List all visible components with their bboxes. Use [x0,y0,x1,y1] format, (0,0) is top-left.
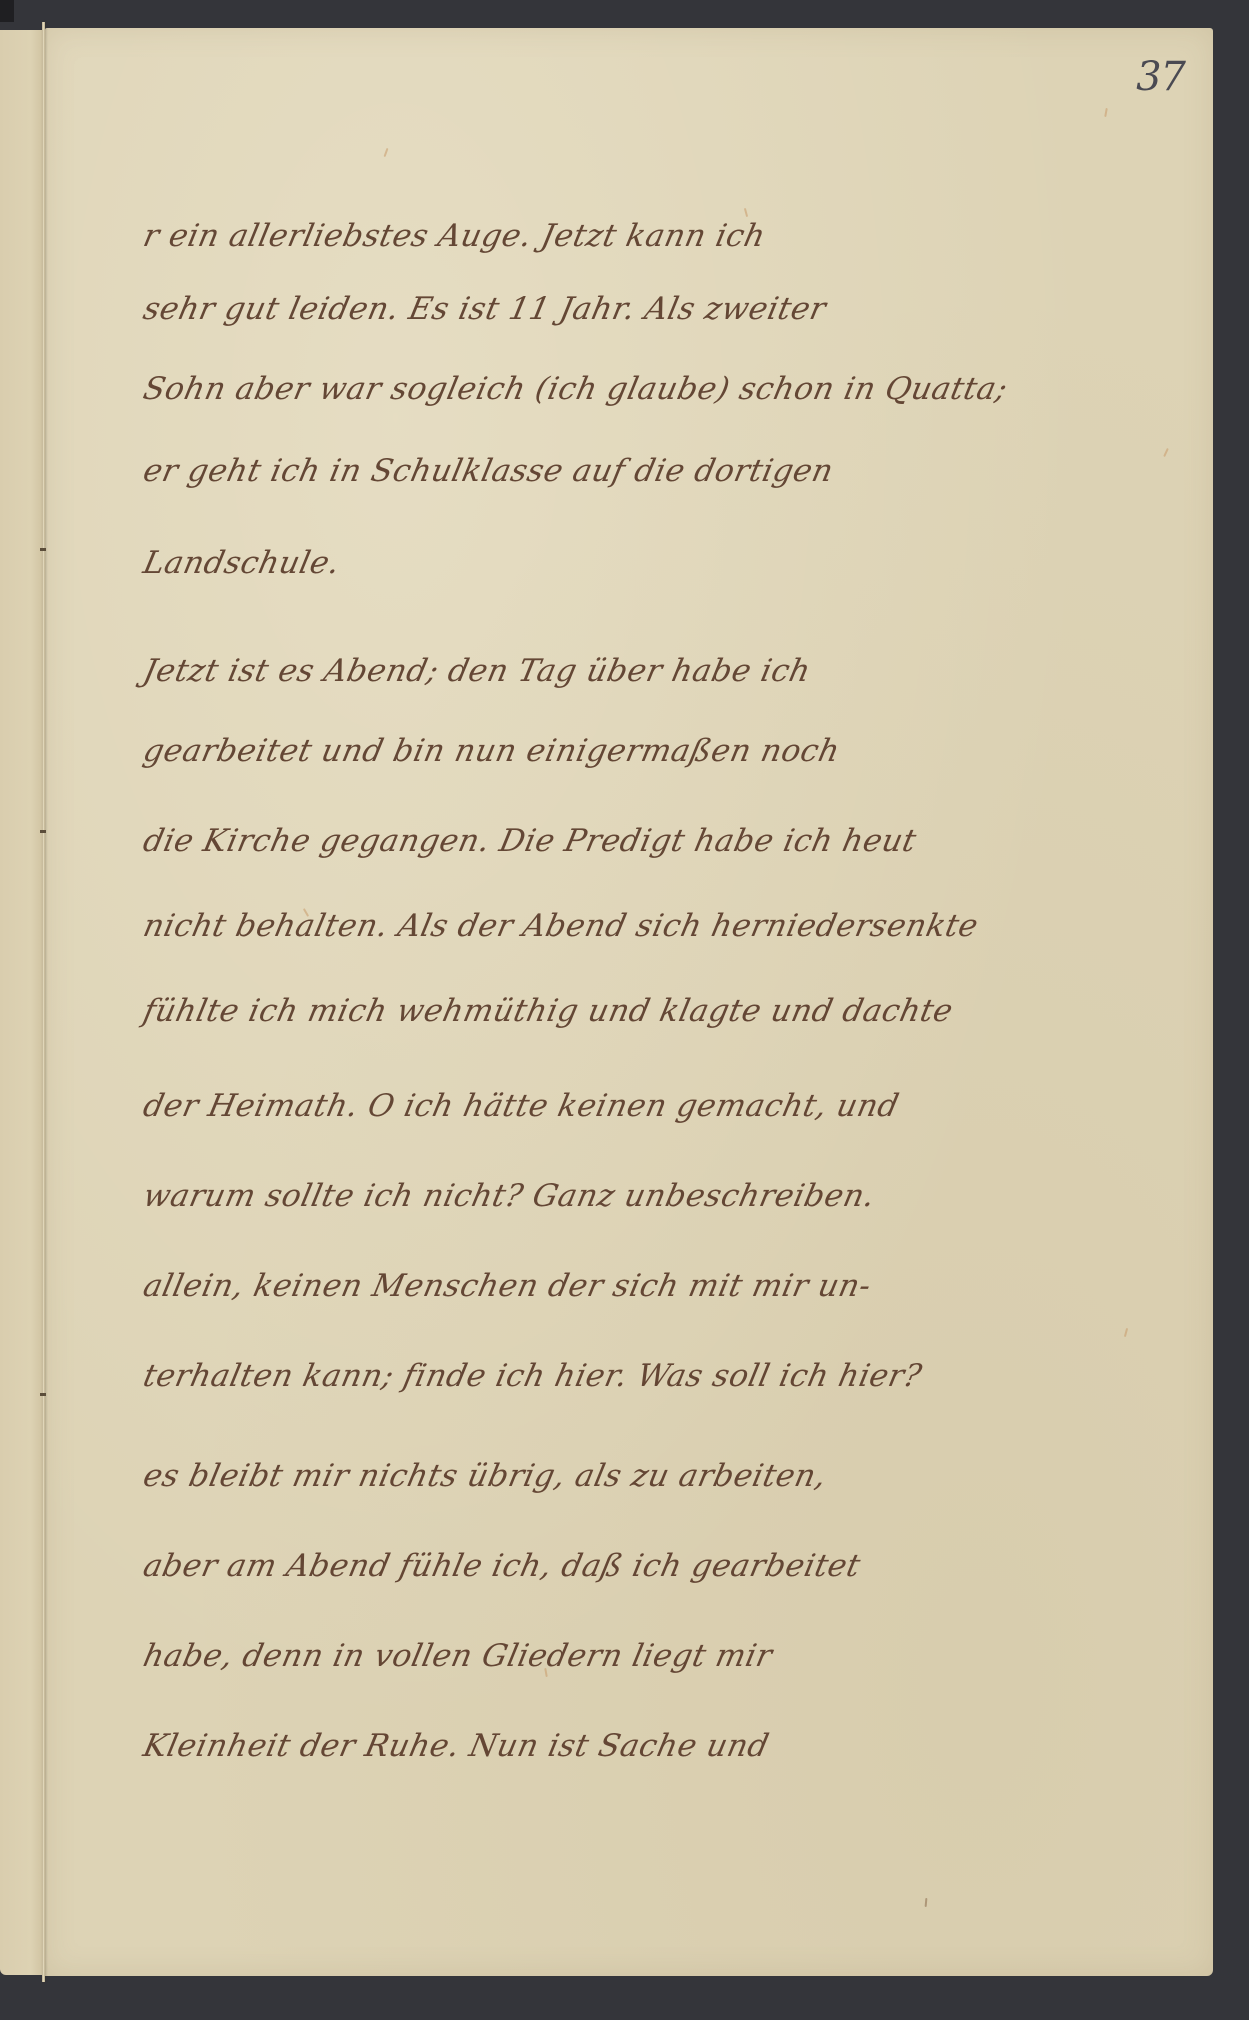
binding-stitch [40,548,46,551]
paper-fleck [1163,448,1169,457]
binding-stitch [40,830,46,833]
paper-fleck [1104,108,1108,117]
manuscript-line: r ein allerliebstes Auge. Jetzt kann ich [140,218,769,254]
binding-shadow [0,0,14,22]
manuscript-line: gearbeitet und bin nun einigermaßen noch [140,733,843,769]
document-viewer: 37 r ein allerliebstes Auge. Jetzt kann … [0,0,1249,2020]
manuscript-page: 37 r ein allerliebstes Auge. Jetzt kann … [45,28,1213,1976]
previous-page-edge [0,30,44,1975]
manuscript-line: es bleibt mir nichts übrig, als zu arbei… [140,1458,830,1494]
manuscript-line: sehr gut leiden. Es ist 11 Jahr. Als zwe… [140,291,829,327]
manuscript-line: Jetzt ist es Abend; den Tag über habe ic… [140,653,814,689]
manuscript-line: Sohn aber war sogleich (ich glaube) scho… [140,371,1011,407]
binding-spine [42,22,45,1982]
paper-fleck [925,1898,928,1907]
manuscript-line: nicht behalten. Als der Abend sich herni… [140,908,982,944]
manuscript-line: warum sollte ich nicht? Ganz unbeschreib… [140,1178,878,1214]
manuscript-line: Landschule. [140,545,343,581]
manuscript-line: terhalten kann; finde ich hier. Was soll… [140,1358,925,1394]
paper-fleck [1124,1328,1128,1337]
manuscript-line: Kleinheit der Ruhe. Nun ist Sache und [140,1728,772,1764]
manuscript-line: der Heimath. O ich hätte keinen gemacht,… [140,1088,902,1124]
binding-stitch [40,1393,46,1396]
manuscript-line: aber am Abend fühle ich, daß ich gearbei… [140,1548,864,1584]
manuscript-line: habe, denn in vollen Gliedern liegt mir [140,1638,776,1674]
manuscript-line: fühlte ich mich wehmüthig und klagte und… [140,993,956,1029]
manuscript-line: allein, keinen Menschen der sich mit mir… [140,1268,874,1304]
paper-fleck [744,208,748,217]
manuscript-line: er geht ich in Schulklasse auf die dorti… [140,453,837,489]
manuscript-line: die Kirche gegangen. Die Predigt habe ic… [140,823,920,859]
paper-fleck [384,148,389,157]
page-number: 37 [1136,54,1185,100]
